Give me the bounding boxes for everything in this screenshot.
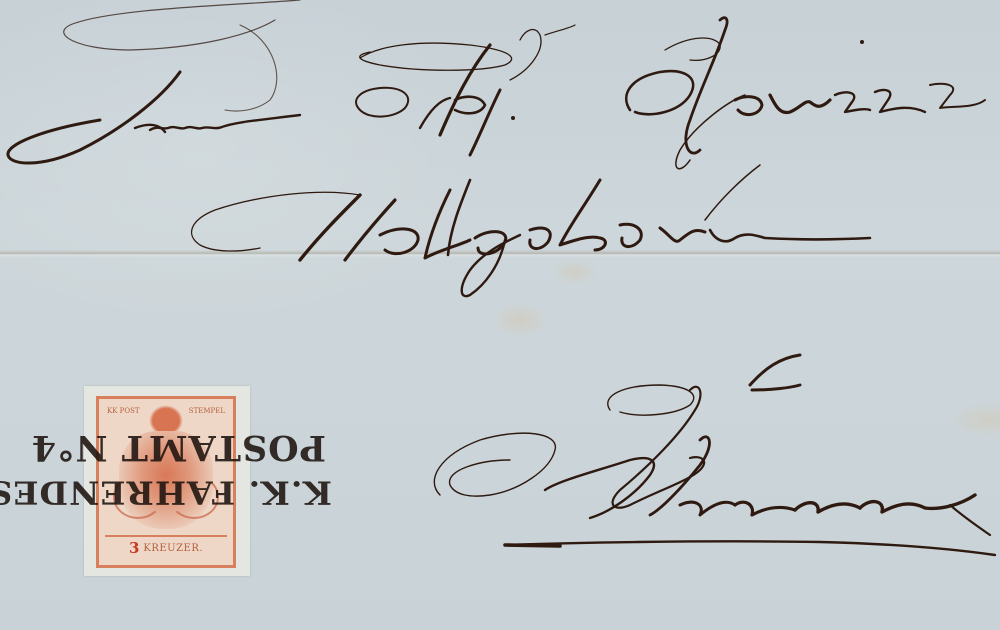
stamp-top-right-text: STEMPEL (189, 407, 225, 415)
stamp-header: KK POST STEMPEL (107, 407, 225, 415)
stamp-value: 3 KREUZER. (105, 535, 227, 559)
stamp-value-number: 3 (129, 539, 139, 557)
postmark-line-1: K.K. FAHRENDES (0, 474, 332, 511)
postmark-cancellation: K.K. FAHRENDES POSTAMT N°4 (24, 418, 336, 518)
stamp-top-left-text: KK POST (107, 407, 140, 415)
stamp-value-unit: KREUZER. (143, 543, 203, 554)
postmark-line-2: POSTAMT N°4 (31, 427, 326, 468)
